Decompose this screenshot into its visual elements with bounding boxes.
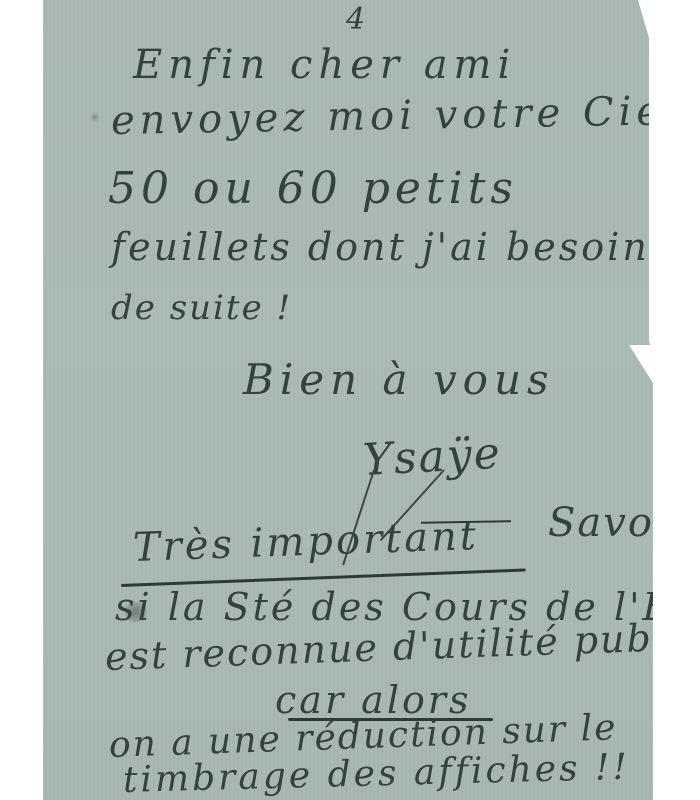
letter-paper: 4 Enfin cher ami envoyez moi votre Cie 5… (43, 0, 653, 800)
letter-line-2: envoyez moi votre Cie (111, 88, 666, 144)
postscript-heading: Très important (132, 513, 479, 571)
page-number: 4 (346, 2, 366, 37)
letter-line-3: 50 ou 60 petits (108, 163, 518, 214)
closing: Bien à vous (243, 355, 555, 404)
letter-line-4: feuillets dont j'ai besoin (111, 225, 650, 269)
letter-line-1: Enfin cher ami (133, 42, 516, 88)
postscript-savoir: Savoir (548, 500, 690, 546)
ink-stain (90, 112, 100, 122)
letter-line-5: de suite ! (111, 288, 292, 328)
signature: Ysaÿe (362, 428, 503, 486)
